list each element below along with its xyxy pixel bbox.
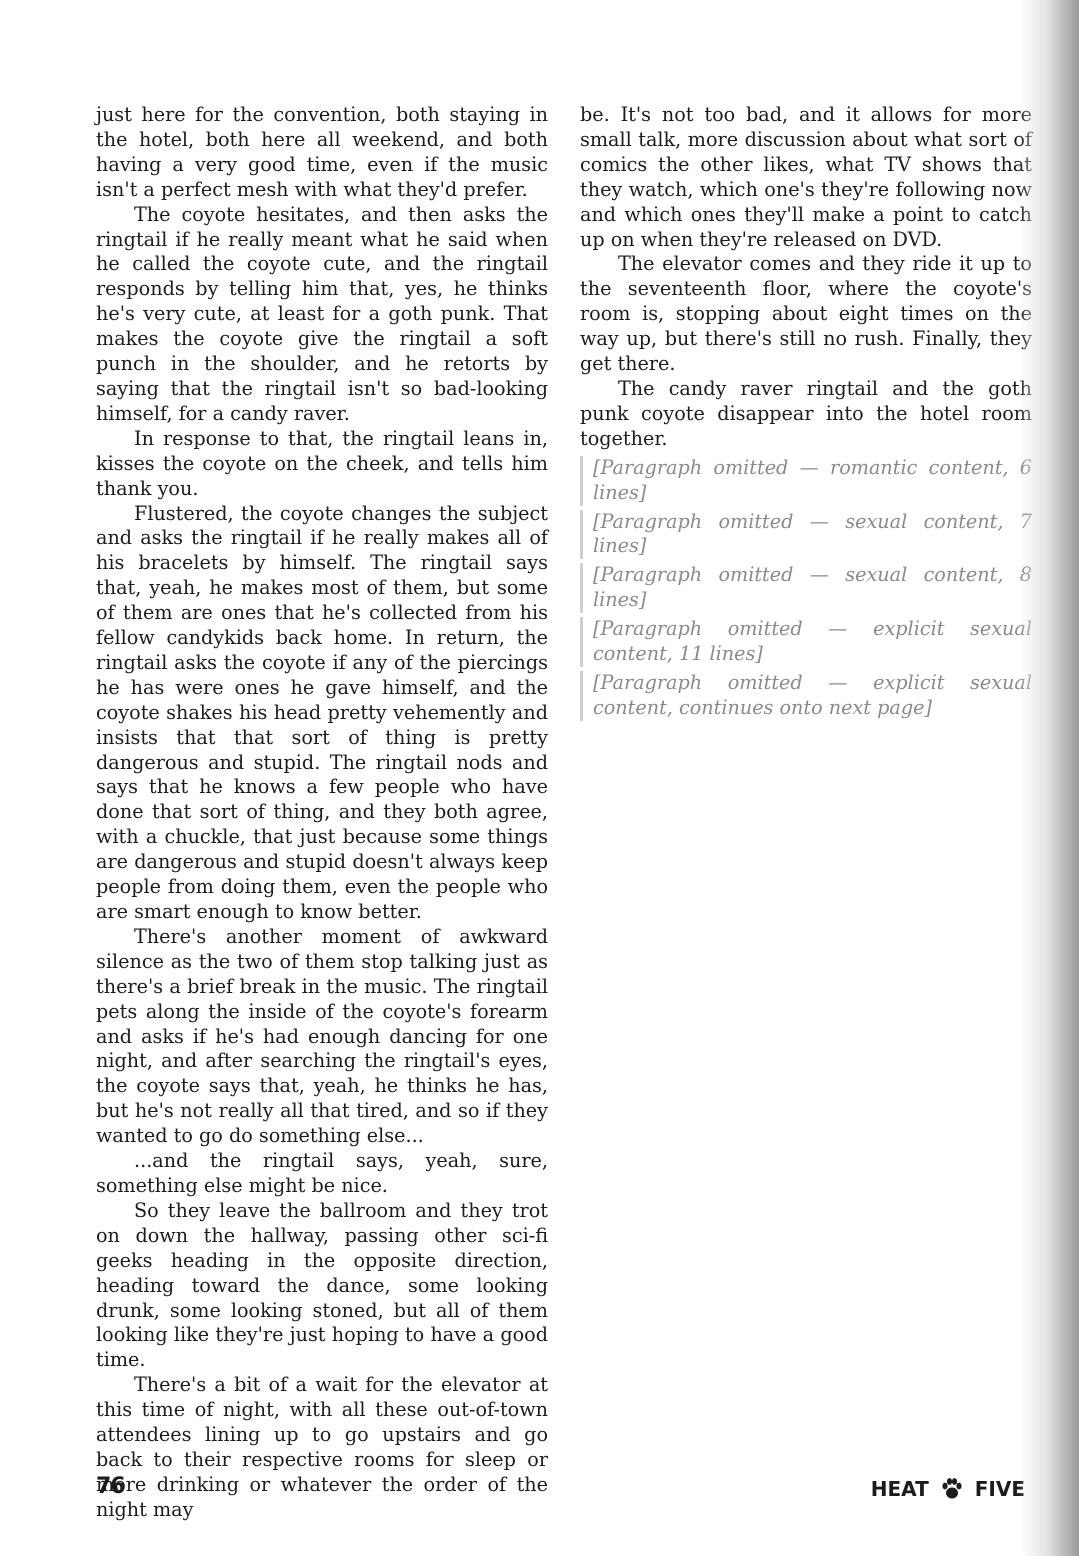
paragraph: The elevator comes and they ride it up t… bbox=[580, 252, 1032, 377]
paragraph: There's another moment of awkward silenc… bbox=[96, 925, 548, 1149]
paragraph: just here for the convention, both stayi… bbox=[96, 103, 548, 203]
left-text-column: just here for the convention, both stayi… bbox=[96, 103, 548, 1523]
book-page: just here for the convention, both stayi… bbox=[0, 0, 1079, 1556]
paragraph: The coyote hesitates, and then asks the … bbox=[96, 203, 548, 427]
page-footer: 76 HEAT FIVE bbox=[96, 1474, 1025, 1504]
page-number: 76 bbox=[96, 1474, 125, 1499]
omitted-paragraph: [Paragraph omitted — romantic content, 6… bbox=[580, 456, 1032, 506]
running-title-right: FIVE bbox=[975, 1477, 1025, 1501]
paragraph: The candy raver ringtail and the goth pu… bbox=[580, 377, 1032, 452]
omitted-paragraph: [Paragraph omitted — explicit sexual con… bbox=[580, 671, 1032, 721]
omitted-paragraph: [Paragraph omitted — sexual content, 7 l… bbox=[580, 510, 1032, 560]
paragraph: be. It's not too bad, and it allows for … bbox=[580, 103, 1032, 252]
paw-print-icon bbox=[939, 1476, 965, 1502]
running-title-left: HEAT bbox=[871, 1477, 929, 1501]
paragraph: ...and the ringtail says, yeah, sure, so… bbox=[96, 1149, 548, 1199]
paragraph: Flustered, the coyote changes the subjec… bbox=[96, 502, 548, 925]
omitted-paragraph: [Paragraph omitted — sexual content, 8 l… bbox=[580, 563, 1032, 613]
gutter-shadow bbox=[1019, 0, 1079, 1556]
paragraph: In response to that, the ringtail leans … bbox=[96, 427, 548, 502]
omitted-paragraph: [Paragraph omitted — explicit sexual con… bbox=[580, 617, 1032, 667]
paragraph: So they leave the ballroom and they trot… bbox=[96, 1199, 548, 1373]
running-title: HEAT FIVE bbox=[871, 1476, 1025, 1502]
right-text-column: be. It's not too bad, and it allows for … bbox=[580, 103, 1032, 725]
